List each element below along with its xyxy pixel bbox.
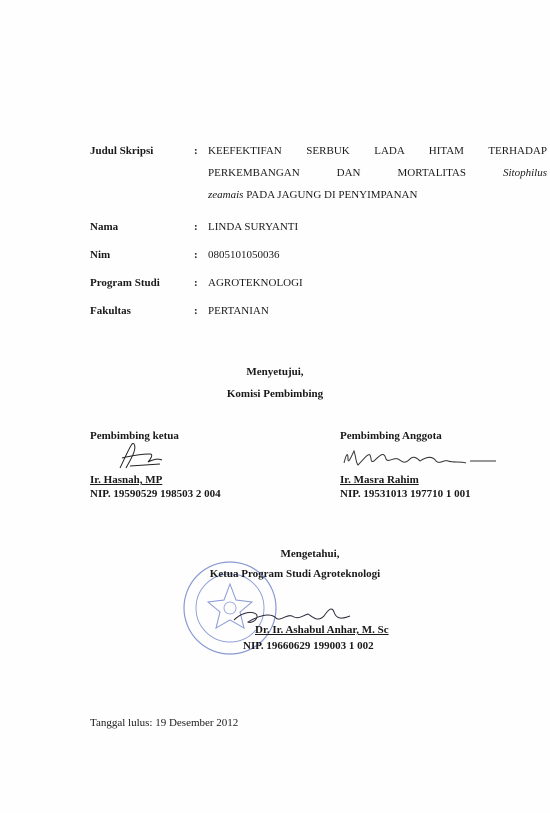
field-value: LINDA SURYANTI — [208, 216, 548, 238]
title-line-2: PERKEMBANGAN DAN MORTALITAS Sitophilus — [208, 162, 547, 184]
head-nip: NIP. 19660629 199003 1 002 — [243, 640, 374, 652]
supervisor-main-nip: NIP. 19590529 198503 2 004 — [90, 488, 221, 500]
title-line-1: KEEFEKTIFAN SERBUK LADA HITAM TERHADAP — [208, 140, 547, 162]
title-italic: zeamais — [208, 189, 243, 201]
thesis-title: KEEFEKTIFAN SERBUK LADA HITAM TERHADAP P… — [208, 140, 548, 206]
title-text: PADA JAGUNG DI PENYIMPANAN — [243, 189, 417, 201]
supervisor-member-nip: NIP. 19531013 197710 1 001 — [340, 488, 471, 500]
title-line-3: zeamais PADA JAGUNG DI PENYIMPANAN — [208, 184, 548, 206]
field-label: Fakultas — [90, 300, 190, 322]
field-label: Nama — [90, 216, 190, 238]
supervisor-member-role: Pembimbing Anggota — [340, 430, 442, 442]
field-faculty: Fakultas : PERTANIAN — [90, 300, 550, 322]
field-program: Program Studi : AGROTEKNOLOGI — [90, 272, 550, 294]
field-value: 0805101050036 — [208, 244, 548, 266]
field-colon: : — [194, 300, 198, 322]
document-page: Judul Skripsi : KEEFEKTIFAN SERBUK LADA … — [0, 0, 550, 813]
field-title: Judul Skripsi : KEEFEKTIFAN SERBUK LADA … — [90, 140, 550, 210]
field-label: Judul Skripsi — [90, 140, 190, 162]
field-colon: : — [194, 244, 198, 266]
signature-icon — [340, 445, 500, 475]
title-italic: Sitophilus — [503, 167, 547, 179]
field-nim: Nim : 0805101050036 — [90, 244, 550, 266]
supervisor-member-name: Ir. Masra Rahim — [340, 474, 419, 486]
field-colon: : — [194, 140, 198, 162]
field-value: PERTANIAN — [208, 300, 548, 322]
graduation-date: Tanggal lulus: 19 Desember 2012 — [90, 717, 238, 729]
field-label: Program Studi — [90, 272, 190, 294]
field-name: Nama : LINDA SURYANTI — [90, 216, 550, 238]
approval-subheading: Komisi Pembimbing — [0, 388, 550, 400]
title-text: PERKEMBANGAN DAN MORTALITAS — [208, 167, 503, 179]
head-name: Dr. Ir. Ashabul Anhar, M. Sc — [255, 624, 389, 636]
acknowledgement-role: Ketua Program Studi Agroteknologi — [0, 568, 550, 580]
field-colon: : — [194, 216, 198, 238]
field-colon: : — [194, 272, 198, 294]
approval-heading: Menyetujui, — [0, 366, 550, 378]
field-label: Nim — [90, 244, 190, 266]
field-value: AGROTEKNOLOGI — [208, 272, 548, 294]
signature-icon — [110, 440, 180, 470]
supervisor-main-name: Ir. Hasnah, MP — [90, 474, 162, 486]
